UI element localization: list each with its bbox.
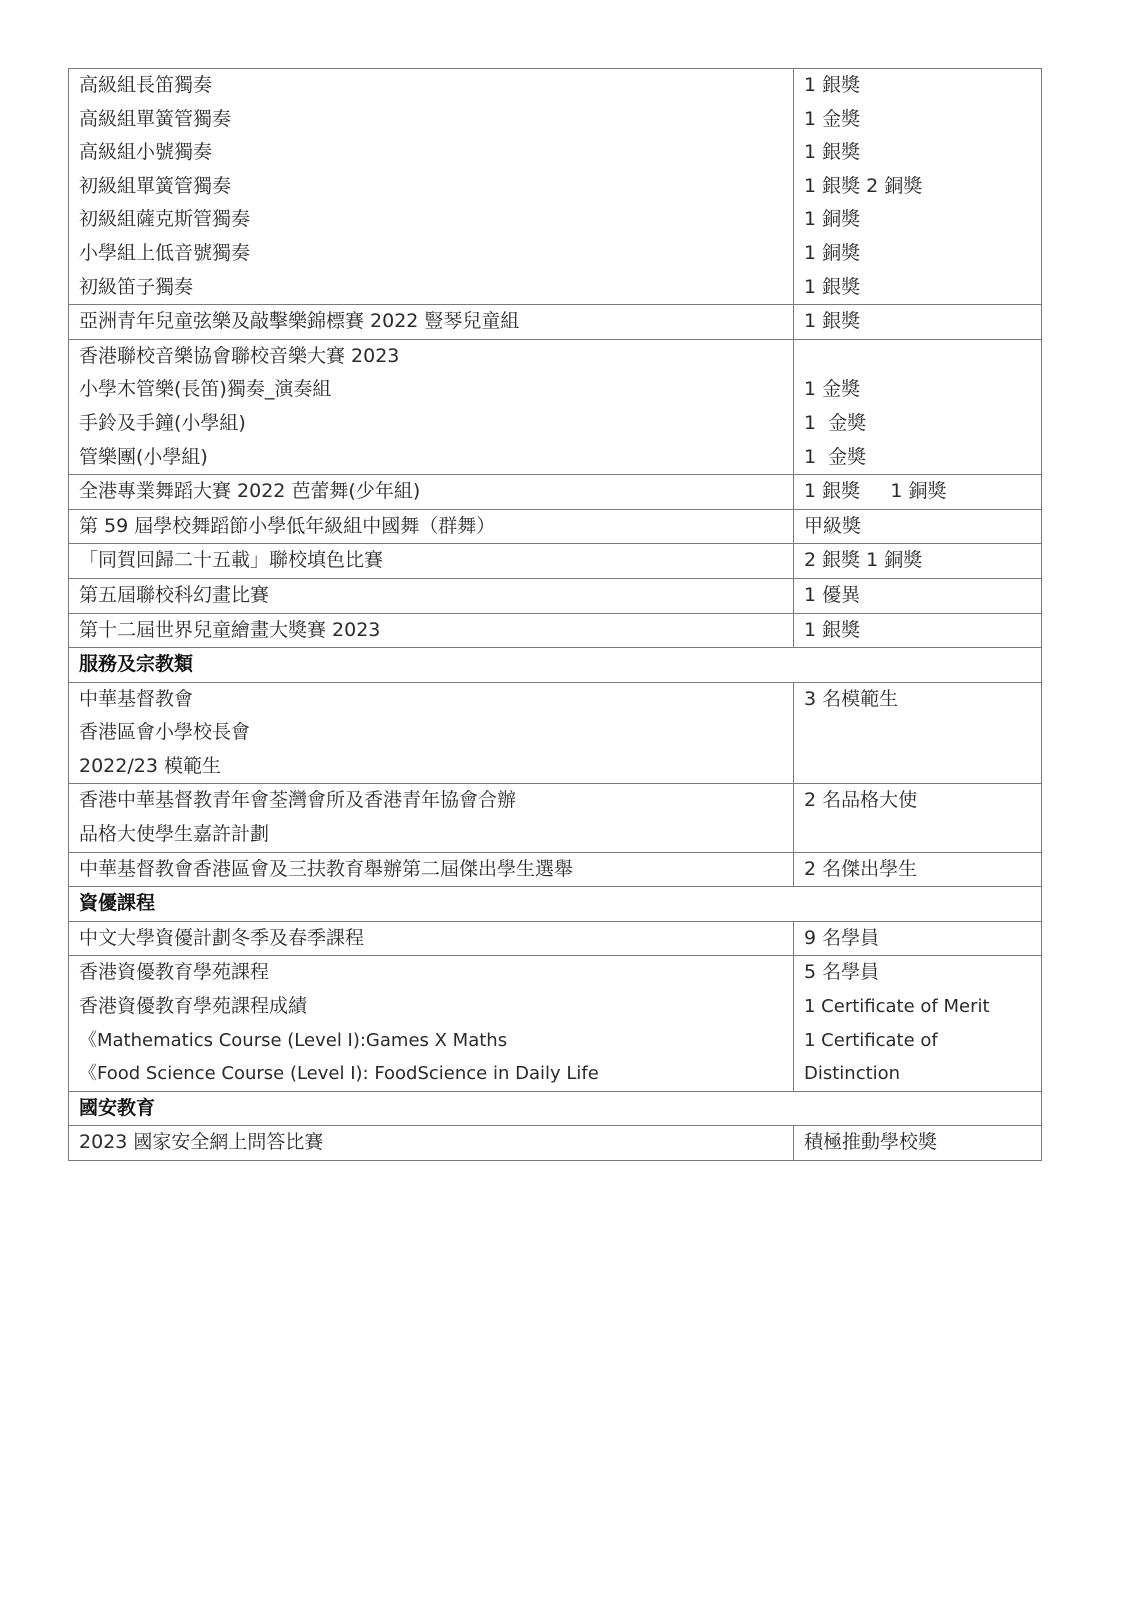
result-line-empty: [804, 340, 1031, 374]
table-row: 第十二屆世界兒童繪畫大獎賽 2023 1 銀獎: [69, 613, 1042, 648]
award-event-cell: 中文大學資優計劃冬季及春季課程: [69, 921, 794, 956]
event-line: 香港中華基督教青年會荃灣會所及香港青年協會合辦: [79, 784, 783, 818]
award-event-cell: 香港聯校音樂協會聯校音樂大賽 2023 小學木管樂(長笛)獨奏_演奏組 手鈴及手…: [69, 339, 794, 474]
event-line: 香港資優教育學苑課程成績: [79, 990, 783, 1024]
event-line: 香港區會小學校長會: [79, 716, 783, 750]
event-line: 「同賀回歸二十五載」聯校填色比賽: [79, 544, 783, 578]
result-line: 1 銀獎: [804, 614, 1031, 648]
event-line: 中華基督教會: [79, 683, 783, 717]
result-line: 甲級獎: [804, 510, 1031, 544]
result-line: 1 Certificate of: [804, 1024, 1031, 1058]
award-result-cell: 2 銀獎 1 銅獎: [794, 544, 1042, 579]
event-line: 管樂團(小學組): [79, 441, 783, 475]
result-line: 1 Certificate of Merit: [804, 990, 1031, 1024]
result-line: 1 金獎: [804, 441, 1031, 475]
award-result-cell: 1 銀獎: [794, 305, 1042, 340]
awards-table: 高級組長笛獨奏 高級組單簧管獨奏 高級組小號獨奏 初級組單簧管獨奏 初級組薩克斯…: [68, 68, 1042, 1161]
award-result-cell: 1 金獎 1 金獎 1 金獎: [794, 339, 1042, 474]
result-line: 1 銀獎: [804, 69, 1031, 103]
award-result-cell: 1 銀獎: [794, 613, 1042, 648]
result-line: 2 名傑出學生: [804, 853, 1031, 887]
award-result-cell: 3 名模範生: [794, 682, 1042, 784]
event-line: 中華基督教會香港區會及三扶教育舉辦第二屆傑出學生選舉: [79, 853, 783, 887]
result-line: 1 優異: [804, 579, 1031, 613]
award-result-cell: 1 優異: [794, 578, 1042, 613]
section-row: 服務及宗教類: [69, 648, 1042, 683]
event-line: 中文大學資優計劃冬季及春季課程: [79, 922, 783, 956]
result-line: 1 金獎: [804, 373, 1031, 407]
award-event-cell: 中華基督教會 香港區會小學校長會 2022/23 模範生: [69, 682, 794, 784]
award-result-cell: 積極推動學校獎: [794, 1126, 1042, 1161]
event-line: 第五屆聯校科幻畫比賽: [79, 579, 783, 613]
event-line: 初級組薩克斯管獨奏: [79, 203, 783, 237]
result-line: 2 銀獎 1 銅獎: [804, 544, 1031, 578]
section-row: 國安教育: [69, 1091, 1042, 1126]
table-row: 2023 國家安全網上問答比賽 積極推動學校獎: [69, 1126, 1042, 1161]
section-heading-national-security: 國安教育: [69, 1091, 1042, 1126]
event-line: 初級笛子獨奏: [79, 271, 783, 305]
award-result-cell: 9 名學員: [794, 921, 1042, 956]
table-row: 高級組長笛獨奏 高級組單簧管獨奏 高級組小號獨奏 初級組單簧管獨奏 初級組薩克斯…: [69, 69, 1042, 305]
event-line: 第十二屆世界兒童繪畫大獎賽 2023: [79, 614, 783, 648]
table-row: 亞洲青年兒童弦樂及敲擊樂錦標賽 2022 豎琴兒童組 1 銀獎: [69, 305, 1042, 340]
award-event-cell: 第 59 屆學校舞蹈節小學低年級組中國舞（群舞）: [69, 509, 794, 544]
award-result-cell: 2 名品格大使: [794, 784, 1042, 852]
result-line: 3 名模範生: [804, 683, 1031, 717]
event-line: 《Food Science Course (Level I): FoodScie…: [79, 1057, 783, 1091]
award-event-cell: 高級組長笛獨奏 高級組單簧管獨奏 高級組小號獨奏 初級組單簧管獨奏 初級組薩克斯…: [69, 69, 794, 305]
event-line: 高級組小號獨奏: [79, 136, 783, 170]
result-line: 1 銅獎: [804, 237, 1031, 271]
result-line: 1 金獎: [804, 407, 1031, 441]
event-line: 第 59 屆學校舞蹈節小學低年級組中國舞（群舞）: [79, 510, 783, 544]
table-row: 香港中華基督教青年會荃灣會所及香港青年協會合辦 品格大使學生嘉許計劃 2 名品格…: [69, 784, 1042, 852]
event-line: 小學組上低音號獨奏: [79, 237, 783, 271]
event-line: 手鈴及手鐘(小學組): [79, 407, 783, 441]
event-line: 香港資優教育學苑課程: [79, 956, 783, 990]
event-line: 全港專業舞蹈大賽 2022 芭蕾舞(少年組): [79, 475, 783, 509]
award-event-cell: 亞洲青年兒童弦樂及敲擊樂錦標賽 2022 豎琴兒童組: [69, 305, 794, 340]
section-heading-gifted-courses: 資優課程: [69, 887, 1042, 922]
award-event-cell: 全港專業舞蹈大賽 2022 芭蕾舞(少年組): [69, 475, 794, 510]
result-line: 9 名學員: [804, 922, 1031, 956]
award-result-cell: 2 名傑出學生: [794, 852, 1042, 887]
result-line: 2 名品格大使: [804, 784, 1031, 818]
table-row: 「同賀回歸二十五載」聯校填色比賽 2 銀獎 1 銅獎: [69, 544, 1042, 579]
result-line: 1 銀獎: [804, 136, 1031, 170]
award-result-cell: 5 名學員 1 Certificate of Merit 1 Certifica…: [794, 956, 1042, 1091]
table-row: 中華基督教會香港區會及三扶教育舉辦第二屆傑出學生選舉 2 名傑出學生: [69, 852, 1042, 887]
table-row: 全港專業舞蹈大賽 2022 芭蕾舞(少年組) 1 銀獎 1 銅獎: [69, 475, 1042, 510]
result-line: 1 銀獎: [804, 305, 1031, 339]
award-event-cell: 2023 國家安全網上問答比賽: [69, 1126, 794, 1161]
table-row: 第 59 屆學校舞蹈節小學低年級組中國舞（群舞） 甲級獎: [69, 509, 1042, 544]
award-event-cell: 第五屆聯校科幻畫比賽: [69, 578, 794, 613]
result-line: 1 銅獎: [804, 203, 1031, 237]
result-line: Distinction: [804, 1057, 1031, 1091]
result-line: 1 金獎: [804, 103, 1031, 137]
event-line: 香港聯校音樂協會聯校音樂大賽 2023: [79, 340, 783, 374]
award-event-cell: 中華基督教會香港區會及三扶教育舉辦第二屆傑出學生選舉: [69, 852, 794, 887]
event-line: 初級組單簧管獨奏: [79, 170, 783, 204]
event-line: 高級組長笛獨奏: [79, 69, 783, 103]
award-event-cell: 香港資優教育學苑課程 香港資優教育學苑課程成績 《Mathematics Cou…: [69, 956, 794, 1091]
result-line: 1 銀獎 1 銅獎: [804, 475, 1031, 509]
event-line: 小學木管樂(長笛)獨奏_演奏組: [79, 373, 783, 407]
event-line: 品格大使學生嘉許計劃: [79, 818, 783, 852]
table-row: 第五屆聯校科幻畫比賽 1 優異: [69, 578, 1042, 613]
event-line: 2023 國家安全網上問答比賽: [79, 1126, 783, 1160]
table-row: 香港聯校音樂協會聯校音樂大賽 2023 小學木管樂(長笛)獨奏_演奏組 手鈴及手…: [69, 339, 1042, 474]
event-line: 2022/23 模範生: [79, 750, 783, 784]
award-result-cell: 1 銀獎 1 金獎 1 銀獎 1 銀獎 2 銅獎 1 銅獎 1 銅獎 1 銀獎: [794, 69, 1042, 305]
result-line: 1 銀獎 2 銅獎: [804, 170, 1031, 204]
table-row: 香港資優教育學苑課程 香港資優教育學苑課程成績 《Mathematics Cou…: [69, 956, 1042, 1091]
result-line: 5 名學員: [804, 956, 1031, 990]
table-row: 中華基督教會 香港區會小學校長會 2022/23 模範生 3 名模範生: [69, 682, 1042, 784]
section-heading-service-religion: 服務及宗教類: [69, 648, 1042, 683]
section-row: 資優課程: [69, 887, 1042, 922]
award-result-cell: 甲級獎: [794, 509, 1042, 544]
event-line: 亞洲青年兒童弦樂及敲擊樂錦標賽 2022 豎琴兒童組: [79, 305, 783, 339]
award-event-cell: 香港中華基督教青年會荃灣會所及香港青年協會合辦 品格大使學生嘉許計劃: [69, 784, 794, 852]
event-line: 《Mathematics Course (Level I):Games X Ma…: [79, 1024, 783, 1058]
award-event-cell: 第十二屆世界兒童繪畫大獎賽 2023: [69, 613, 794, 648]
table-row: 中文大學資優計劃冬季及春季課程 9 名學員: [69, 921, 1042, 956]
award-event-cell: 「同賀回歸二十五載」聯校填色比賽: [69, 544, 794, 579]
award-result-cell: 1 銀獎 1 銅獎: [794, 475, 1042, 510]
event-line: 高級組單簧管獨奏: [79, 103, 783, 137]
result-line: 1 銀獎: [804, 271, 1031, 305]
result-line: 積極推動學校獎: [804, 1126, 1031, 1160]
